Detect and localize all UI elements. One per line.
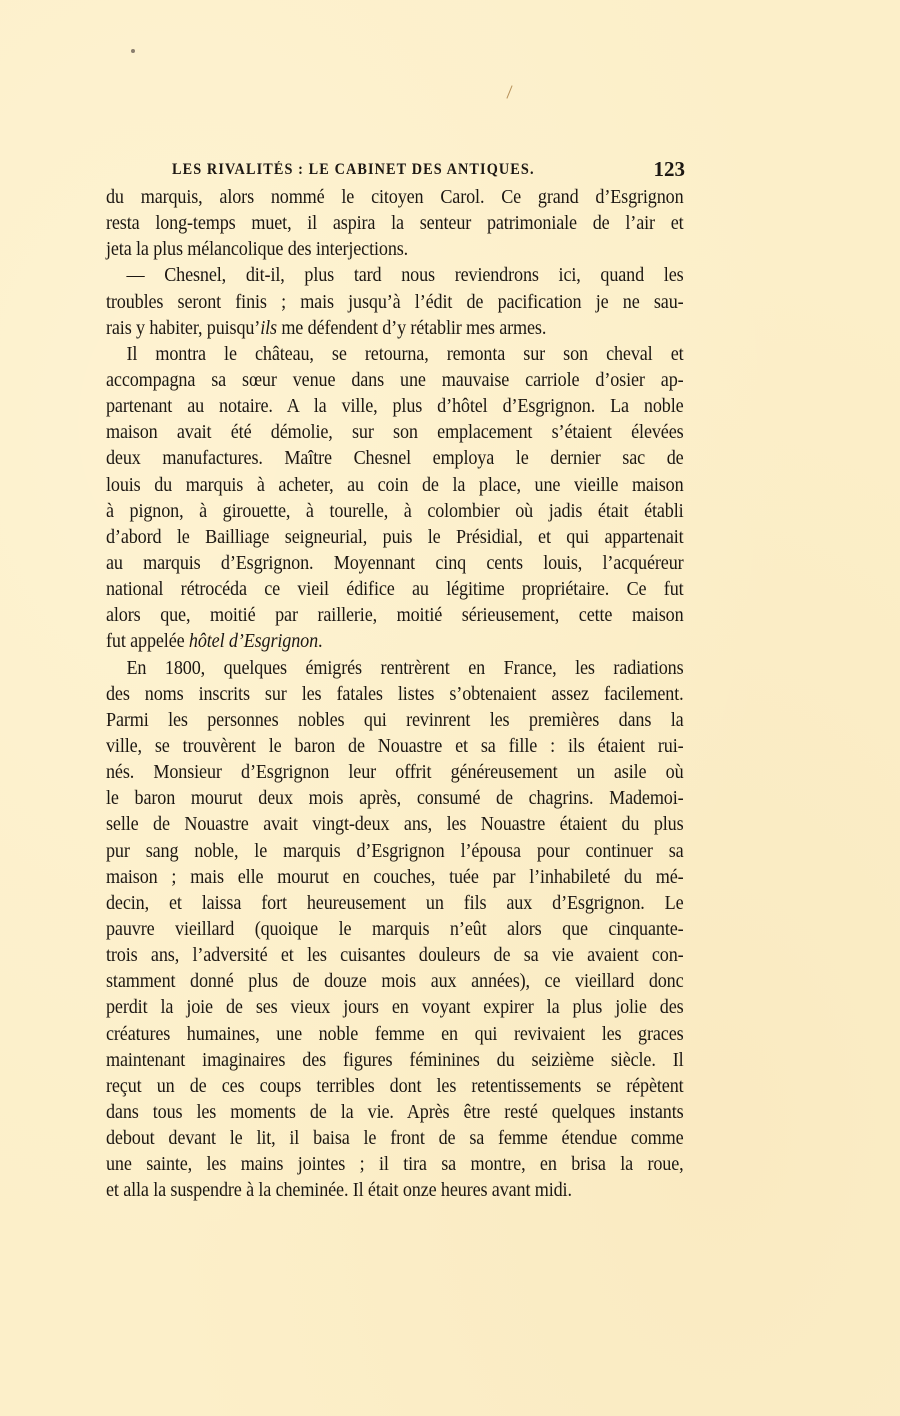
running-head: LES RIVALITÉS : LE CABINET DES ANTIQUES.…	[172, 157, 687, 183]
text-line: alors que, moitié par raillerie, moitié …	[106, 603, 684, 629]
text-line: jeta la plus mélancolique des interjecti…	[106, 237, 684, 263]
text-line: du marquis, alors nommé le citoyen Carol…	[106, 185, 684, 211]
body-text: du marquis, alors nommé le citoyen Carol…	[106, 185, 684, 1204]
text-line: ville, se trouvèrent le baron de Nouastr…	[106, 734, 684, 760]
text-line: Il montra le château, se retourna, remon…	[106, 342, 684, 368]
text-segment: fut appelée	[106, 631, 189, 652]
text-line: dans tous les moments de la vie. Après ê…	[106, 1100, 684, 1126]
text-line: des noms inscrits sur les fatales listes…	[106, 682, 684, 708]
text-line: nés. Monsieur d’Esgrignon leur offrit gé…	[106, 760, 684, 786]
text-line: accompagna sa sœur venue dans une mauvai…	[106, 368, 684, 394]
text-line: d’abord le Bailliage seigneurial, puis l…	[106, 525, 684, 551]
text-line: deux manufactures. Maître Chesnel employ…	[106, 446, 684, 472]
text-line: Parmi les personnes nobles qui revinrent…	[106, 708, 684, 734]
running-title: LES RIVALITÉS : LE CABINET DES ANTIQUES.	[172, 161, 535, 179]
italic-emphasis: hôtel d’Esgrignon	[189, 631, 318, 652]
text-line: louis du marquis à acheter, au coin de l…	[106, 473, 684, 499]
text-line: pauvre vieillard (quoique le marquis n’e…	[106, 917, 684, 943]
text-line: debout devant le lit, il baisa le front …	[106, 1126, 684, 1152]
text-segment: me défendent d’y rétablir mes armes.	[277, 318, 546, 339]
text-line: resta long-temps muet, il aspira la sent…	[106, 211, 684, 237]
paper-speck	[131, 49, 135, 53]
text-line: En 1800, quelques émigrés rentrèrent en …	[106, 656, 684, 682]
text-line: national rétrocéda ce vieil édifice au l…	[106, 577, 684, 603]
text-line: et alla la suspendre à la cheminée. Il é…	[106, 1178, 684, 1204]
text-line: pur sang noble, le marquis d’Esgrignon l…	[106, 839, 684, 865]
text-line: le baron mourut deux mois après, consumé…	[106, 786, 684, 812]
text-line: trois ans, l’adversité et les cuisantes …	[106, 943, 684, 969]
text-line: créatures humaines, une noble femme en q…	[106, 1022, 684, 1048]
book-page: LES RIVALITÉS : LE CABINET DES ANTIQUES.…	[0, 0, 900, 1416]
text-line: stamment donné plus de douze mois aux an…	[106, 969, 684, 995]
paper-fiber-mark	[506, 85, 512, 98]
text-line: à pignon, à girouette, à tourelle, à col…	[106, 499, 684, 525]
text-line: maison ; mais elle mourut en couches, tu…	[106, 865, 684, 891]
page-number: 123	[654, 157, 686, 182]
text-line: reçut un de ces coups terribles dont les…	[106, 1074, 684, 1100]
text-line: troubles seront finis ; mais jusqu’à l’é…	[106, 290, 684, 316]
text-line: au marquis d’Esgrignon. Moyennant cinq c…	[106, 551, 684, 577]
text-segment: rais y habiter, puisqu’	[106, 318, 260, 339]
text-line: selle de Nouastre avait vingt-deux ans, …	[106, 812, 684, 838]
italic-emphasis: ils	[260, 318, 277, 339]
text-segment: .	[318, 631, 322, 652]
text-line: rais y habiter, puisqu’ils me défendent …	[106, 316, 684, 342]
text-line: — Chesnel, dit-il, plus tard nous revien…	[106, 263, 684, 289]
text-line: perdit la joie de ses vieux jours en voy…	[106, 995, 684, 1021]
text-line: maintenant imaginaires des figures fémin…	[106, 1048, 684, 1074]
text-line: une sainte, les mains jointes ; il tira …	[106, 1152, 684, 1178]
text-line: fut appelée hôtel d’Esgrignon.	[106, 629, 684, 655]
text-line: decin, et laissa fort heureusement un fi…	[106, 891, 684, 917]
text-line: maison avait été démolie, sur son emplac…	[106, 420, 684, 446]
text-line: partenant au notaire. A la ville, plus d…	[106, 394, 684, 420]
